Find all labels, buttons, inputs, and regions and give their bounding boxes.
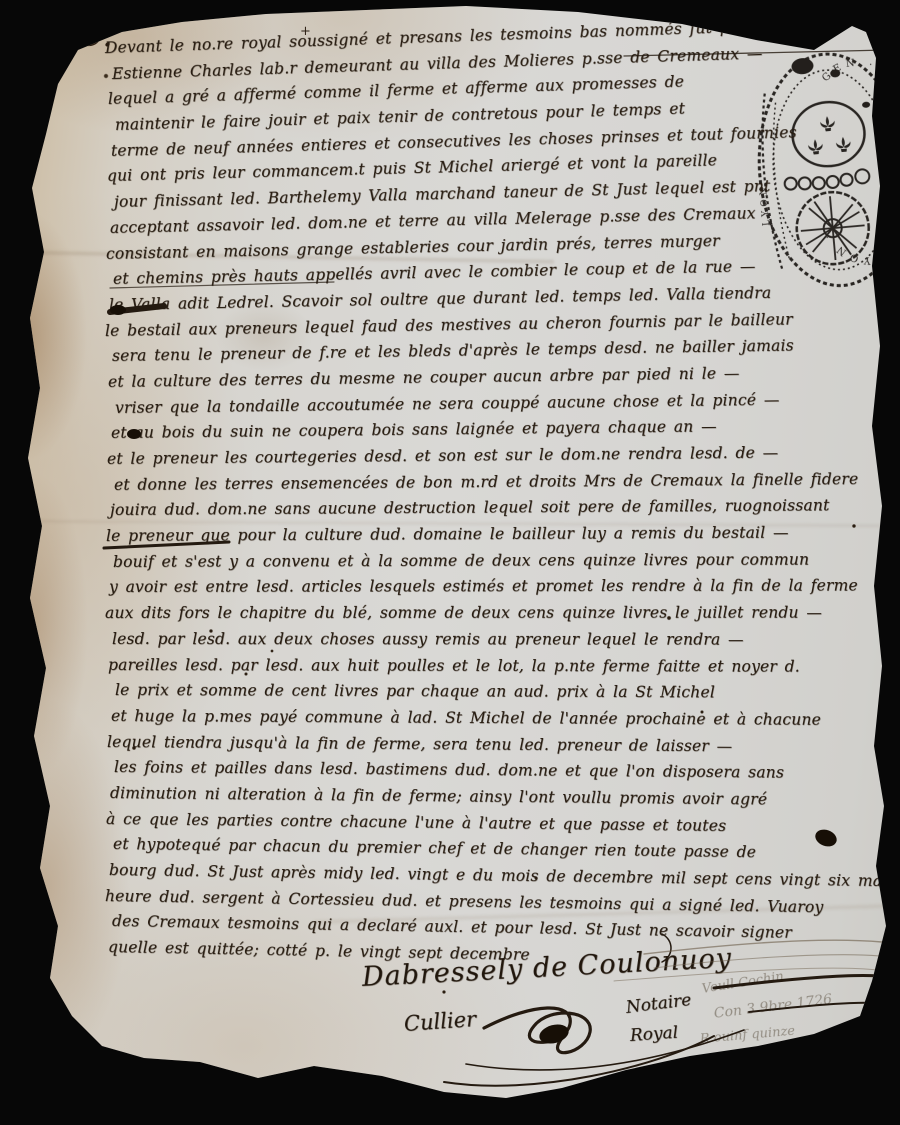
manuscript-line: le prix et somme de cent livres par chaq…: [115, 678, 881, 707]
signature-notary-name: Cullier: [403, 1007, 477, 1036]
controller-note: R ouinf quinze: [699, 1024, 795, 1047]
manuscript-line: jouira dud. dom.ne sans aucune destructi…: [110, 493, 876, 524]
manuscript-line: aux dits fors le chapitre du blé, somme …: [105, 601, 871, 627]
controller-note: Michel: [727, 1056, 784, 1079]
manuscript-line: bouif et s'est y a convenu et à la somme…: [113, 547, 879, 575]
notary-title-line2: Royal: [629, 1023, 678, 1046]
photo-stage: GEN · DE LYON · GEN · DE LYON ·: [0, 0, 900, 1125]
manuscript-line: le preneur que pour la culture dud. doma…: [106, 520, 872, 549]
manuscript-lines: Devant le no.re royal soussigné et presa…: [110, 36, 876, 961]
notary-title-line1: Notaire: [625, 990, 693, 1018]
controller-note: Con 3 9bre 1726: [713, 992, 833, 1022]
manuscript-line: lesd. par lesd. aux deux choses aussy re…: [112, 627, 878, 653]
manuscript-line: pareilles lesd. par lesd. aux huit poull…: [108, 653, 874, 681]
manuscript-line: et huge la p.mes payé commune à lad. St …: [111, 704, 877, 734]
manuscript-line: y avoir est entre lesd. articles lesquel…: [109, 574, 875, 601]
manuscript-paper: GEN · DE LYON · GEN · DE LYON ·: [14, 6, 892, 1108]
